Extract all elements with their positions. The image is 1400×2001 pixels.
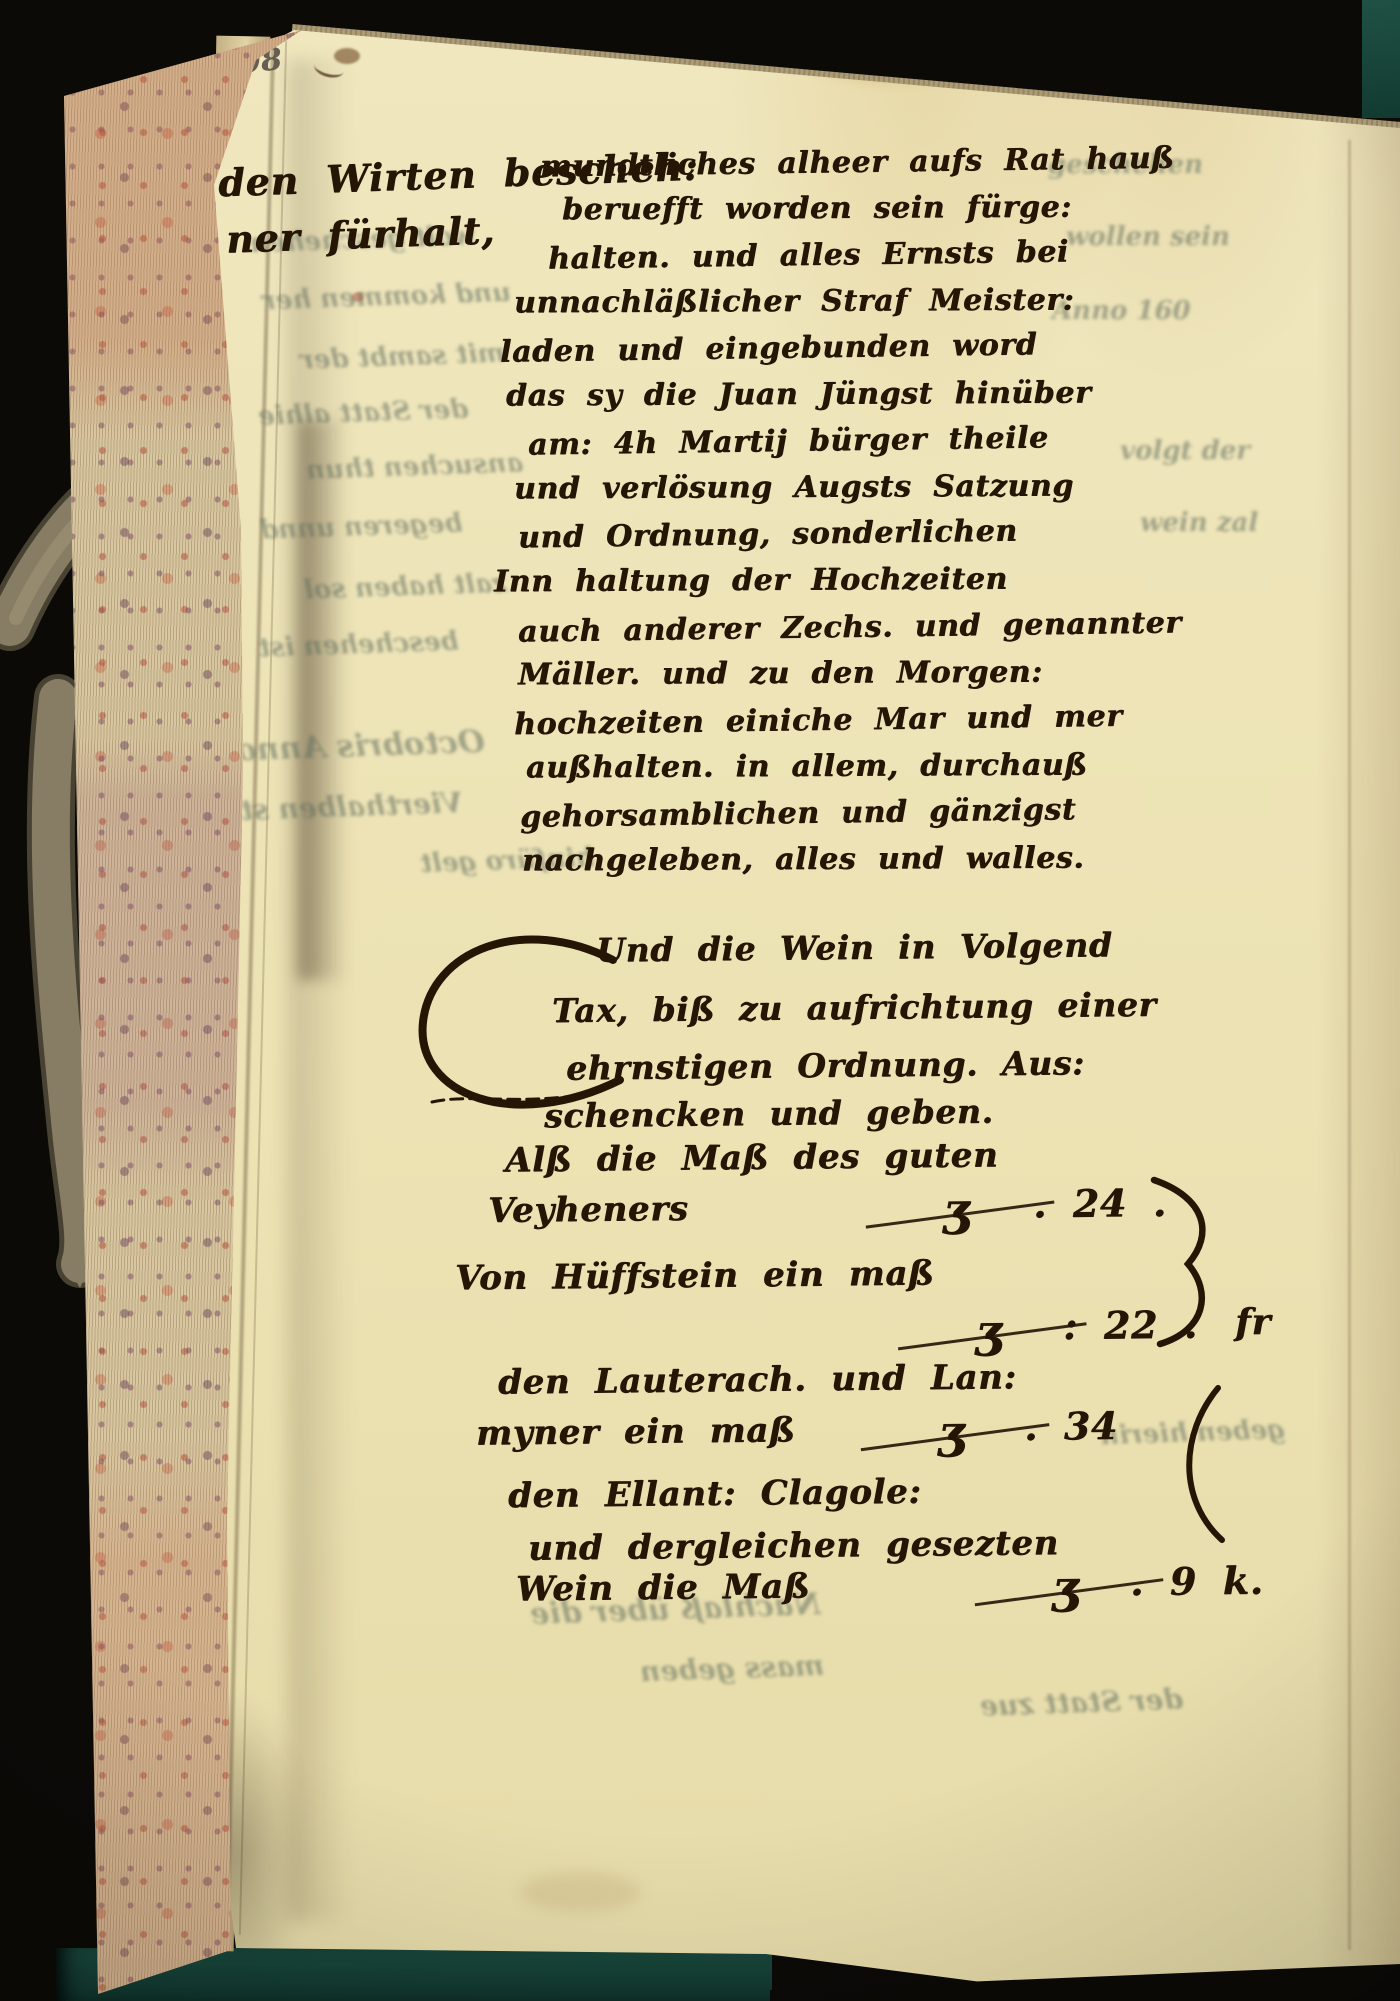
- manuscript-line: gehorsamblichen und gänzigst: [520, 795, 1077, 833]
- showthrough-fragment: zalt haben sol: [304, 568, 508, 605]
- tax-row-value: . 34: [1024, 1403, 1118, 1449]
- cloth-strip-top-right: [1362, 0, 1400, 118]
- showthrough-fragment: wollen sein: [1066, 222, 1230, 252]
- tax-row-label: den Ellant: Clagole:: [508, 1472, 922, 1516]
- stain: [520, 1872, 640, 1912]
- tax-row: Wein die Maß ʒ . 9 k.: [516, 1566, 811, 1609]
- schilling-mark: ʒ: [975, 1304, 1002, 1358]
- manuscript-line: Tax, biß zu aufrichtung einer: [552, 985, 1157, 1030]
- manuscript-line: nachgeleben, alles und walles.: [522, 844, 1084, 877]
- schilling-mark: ʒ: [938, 1405, 965, 1459]
- page-edge-line: [239, 40, 287, 1934]
- showthrough-fragment: volgt der: [1120, 436, 1250, 466]
- manuscript-line: hochzeiten einiche Mar und mer: [514, 702, 1123, 740]
- manuscript-line: außhalten. in allem, durchauß: [526, 751, 1088, 784]
- tax-row-label: myner ein maß: [476, 1410, 796, 1453]
- showthrough-fragment: ansuchen thun: [306, 448, 524, 486]
- tax-row-label: Alß die Maß des guten: [505, 1135, 999, 1180]
- manuscript-line: laden und eingebunden word: [500, 330, 1038, 367]
- manuscript-line: schencken und geben.: [544, 1092, 994, 1136]
- manuscript-line: ehrnstigen Ordnung. Aus:: [566, 1043, 1085, 1087]
- manuscript-line: beruefft worden sein fürge:: [562, 193, 1072, 226]
- tax-row: den Lauterach. und Lan:: [498, 1357, 1017, 1402]
- margin-note-line: ner fürhalt,: [225, 207, 495, 261]
- manuscript-photo: wolt geschehenund kommen hermit sambt de…: [0, 0, 1400, 2001]
- manuscript-line: Inn haltung der Hochzeiten: [494, 565, 1008, 598]
- schilling-mark: ʒ: [1052, 1560, 1079, 1614]
- showthrough-fragment: mit sambt der: [300, 338, 506, 375]
- manuscript-line: das sy die Juan Jüngst hinüber: [506, 378, 1091, 411]
- stain: [1010, 42, 1140, 88]
- showthrough-fragment: wein zal: [1140, 508, 1258, 538]
- manuscript-line: am: 4h Martij bürger theile: [528, 423, 1049, 460]
- manuscript-line: Und die Wein in Volgend: [596, 925, 1113, 969]
- showthrough-fragment: beschehen ist: [258, 627, 459, 664]
- tax-row-label: Wein die Maß: [516, 1566, 811, 1609]
- tax-row-value: . 9 k.: [1130, 1558, 1264, 1604]
- manuscript-line: und Ordnung, sonderlichen: [518, 517, 1018, 554]
- schilling-mark: ʒ: [943, 1182, 970, 1236]
- showthrough-fragment: der Statt alhie: [258, 394, 469, 431]
- manuscript-line: halten. und alles Ernsts bei: [548, 237, 1069, 274]
- paper-crease: [1348, 140, 1351, 1950]
- paren-bracket: [1172, 1382, 1232, 1547]
- manuscript-line: Mäller. und zu den Morgen:: [518, 658, 1043, 691]
- manuscript-line: unnachläßlicher Straf Meister:: [514, 286, 1074, 319]
- stain: [1168, 16, 1264, 56]
- showthrough-fragment: begeren unnd: [260, 508, 463, 545]
- tax-row-label: den Lauterach. und Lan:: [498, 1357, 1017, 1402]
- showthrough-fragment: mass geben: [639, 1649, 824, 1688]
- manuscript-line: mundtliches alheer aufs Rat hauß: [540, 144, 1175, 183]
- tax-row-unit: fr: [1235, 1301, 1271, 1343]
- showthrough-fragment: Octobris Anno: [235, 724, 485, 769]
- manuscript-line: und verlösung Augsts Satzung: [514, 472, 1074, 505]
- gutter-shadow-strong: [298, 420, 346, 980]
- brace-right: [1140, 1172, 1224, 1352]
- tax-row-label: und dergleichen gesezten: [528, 1523, 1059, 1569]
- tax-row-label: Veyheners: [488, 1189, 689, 1231]
- tax-row: und dergleichen gesezten: [528, 1523, 1059, 1569]
- tax-row: den Ellant: Clagole:: [508, 1472, 922, 1516]
- tax-row-label: Von Hüffstein ein maß: [455, 1253, 935, 1298]
- tax-row: myner ein maß ʒ . 34: [476, 1410, 796, 1453]
- gutter-shadow: [288, 60, 350, 1920]
- tax-row: Von Hüffstein ein maß: [455, 1253, 935, 1298]
- manuscript-line: auch anderer Zechs. und genannter: [518, 608, 1182, 647]
- showthrough-fragment: der Statt zue: [979, 1682, 1183, 1722]
- tax-row: Veyheners ʒ . 24 .: [488, 1189, 689, 1231]
- showthrough-fragment: Vierthalben st: [239, 786, 463, 827]
- tax-row: Alß die Maß des guten: [505, 1135, 999, 1180]
